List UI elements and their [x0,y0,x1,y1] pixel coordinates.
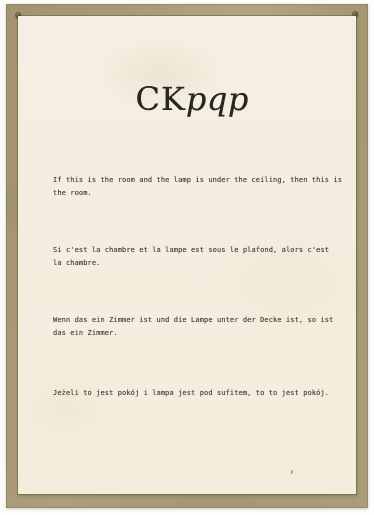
paper-sheet: CKpqp If this is the room and the lamp i… [18,16,356,494]
typewritten-paragraph-english: If this is the room and the lamp is unde… [53,174,353,200]
mount-board: CKpqp If this is the room and the lamp i… [6,4,368,508]
artwork-photo: CKpqp If this is the room and the lamp i… [0,0,374,515]
artwork-title: CKpqp [23,82,361,117]
typewritten-paragraph-polish: Jeżeli to jest pokój i lampa jest pod su… [53,387,353,400]
title-roman-part: CK [135,80,185,118]
typewritten-paragraph-french: Si c'est la chambre et la lampe est sous… [53,244,353,270]
typewritten-paragraph-german: Wenn das ein Zimmer ist und die Lampe un… [53,314,353,340]
paper-mark [290,470,293,474]
title-italic-part: pqp [186,80,249,118]
